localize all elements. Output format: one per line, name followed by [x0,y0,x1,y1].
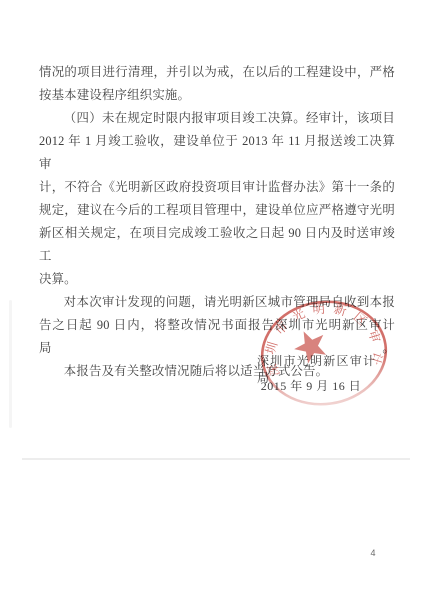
body-text-line: 计，不符合《光明新区政府投资项目审计监督办法》第十一条的 [39,176,395,199]
page-number: 4 [366,548,380,558]
body-text-line: 规定，建议在今后的工程项目管理中，建设单位应严格遵守光明 [39,199,395,222]
scanned-audit-report-page: 情况的项目进行清理，并引以为戒，在以后的工程建设中，严格 按基本建设程序组织实施… [0,0,424,600]
body-text-line: 按基本建设程序组织实施。 [39,84,395,107]
official-seal: 深圳市光明新区审计局 [254,297,394,411]
body-text-line: 2012 年 1 月竣工验收，建设单位于 2013 年 11 月报送竣工决算审 [39,130,395,176]
scan-fold-line [22,458,410,460]
body-text-line: 新区相关规定，在项目完成竣工验收之日起 90 日内及时送审竣工 [39,222,395,268]
official-seal-graphic: 深圳市光明新区审计局 [254,297,394,411]
body-text-line: 情况的项目进行清理，并引以为戒，在以后的工程建设中，严格 [39,61,395,84]
body-text-line: （四）未在规定时限内报审项目竣工决算。经审计，该项目 [39,107,395,130]
body-text-line: 决算。 [39,268,395,291]
scan-edge-smudge [9,300,12,428]
seal-arc-text: 深圳市光明新区审计局 [254,297,389,392]
star-icon [292,329,327,365]
